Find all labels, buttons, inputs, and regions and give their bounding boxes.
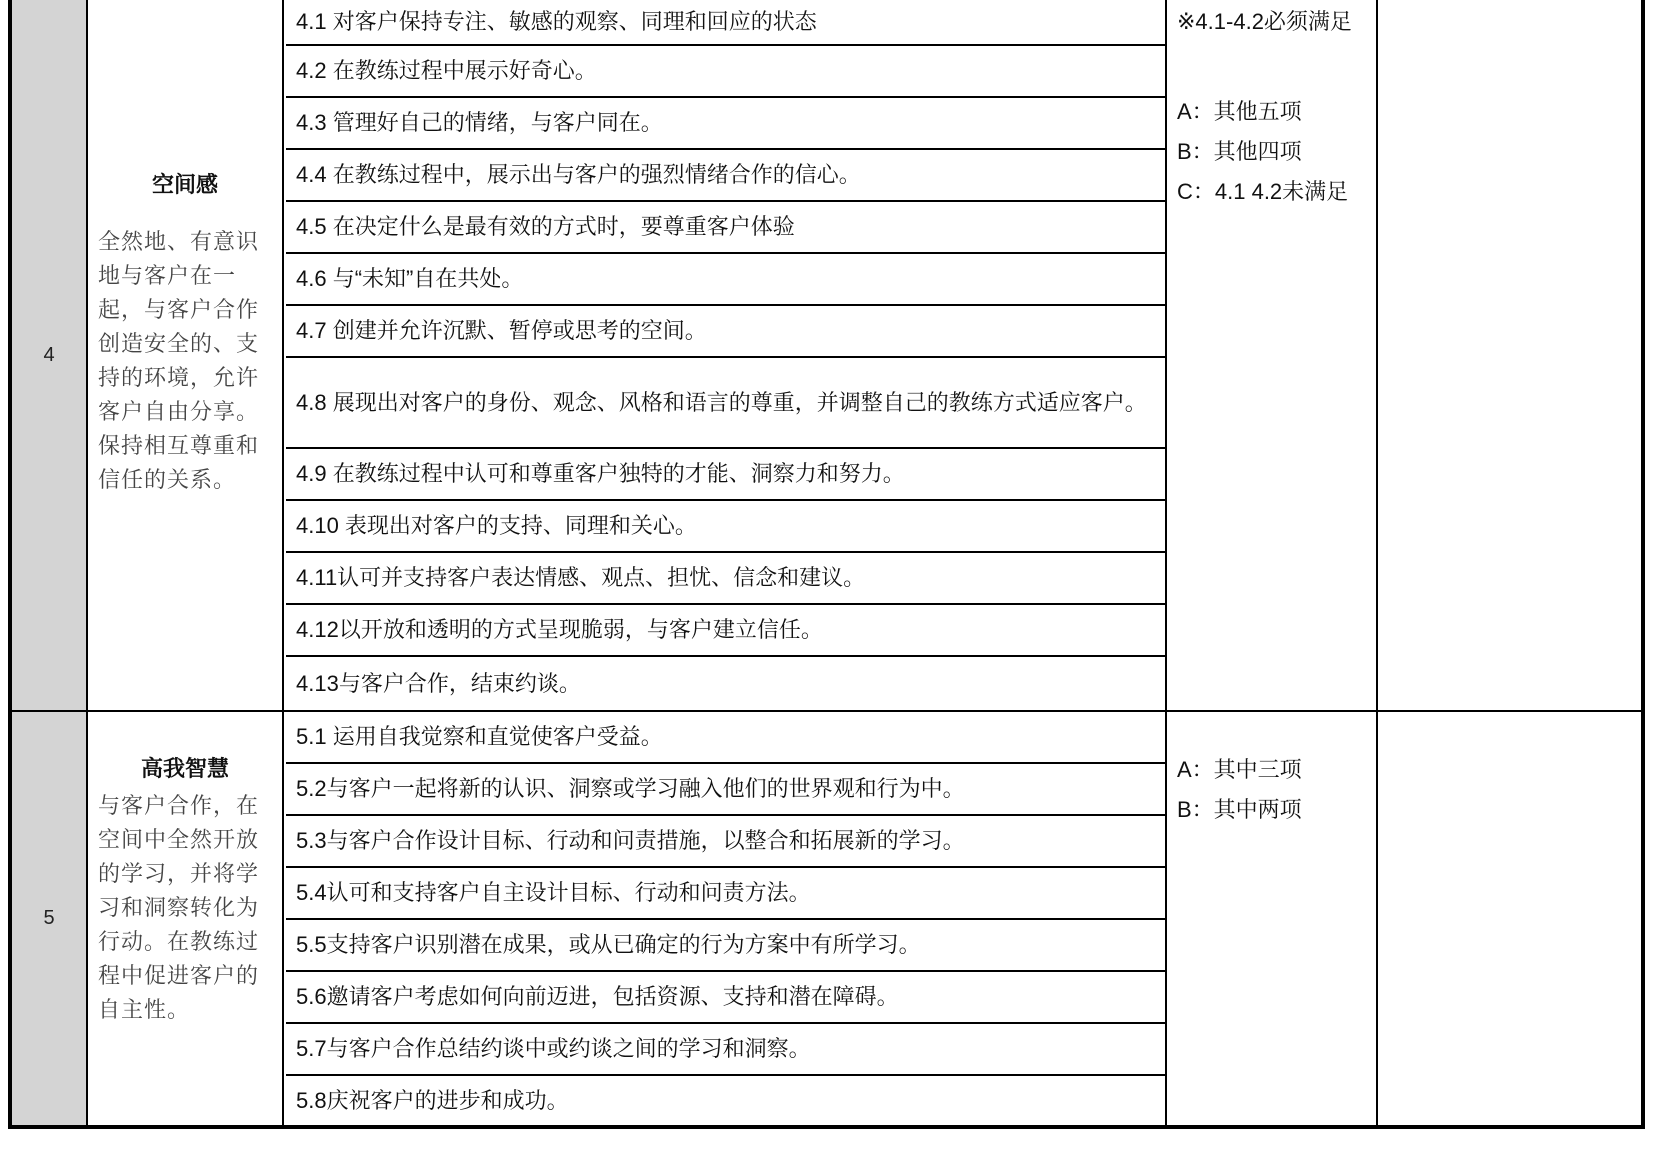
behavior-item: 5.2与客户一起将新的认识、洞察或学习融入他们的世界观和行为中。 <box>286 764 1165 816</box>
behavior-item: 4.10 表现出对客户的支持、同理和关心。 <box>286 501 1165 553</box>
grade-b: B：其中两项 <box>1177 790 1302 830</box>
competency-description: 与客户合作，在空间中全然开放的学习，并将学习和洞察转化为行动。在教练过程中促进客… <box>98 789 272 1027</box>
scoring-notes: A：其中三项 B：其中两项 <box>1167 712 1378 1125</box>
competency-row-5: 5 高我智慧 与客户合作，在空间中全然开放的学习，并将学习和洞察转化为行动。在教… <box>12 710 1641 1125</box>
grade-b: B：其他四项 <box>1177 132 1348 172</box>
behavior-item: 4.3 管理好自己的情绪，与客户同在。 <box>286 98 1165 150</box>
behavior-item: 5.7与客户合作总结约谈中或约谈之间的学习和洞察。 <box>286 1024 1165 1076</box>
behavior-item: 5.8庆祝客户的进步和成功。 <box>286 1076 1165 1125</box>
behavior-item: 5.1 运用自我觉察和直觉使客户受益。 <box>286 712 1165 764</box>
scoring-notes: ※4.1-4.2必须满足 A：其他五项 B：其他四项 C：4.1 4.2未满足 <box>1167 0 1378 710</box>
grade-a: A：其中三项 <box>1177 750 1302 790</box>
behavior-item: 4.9 在教练过程中认可和尊重客户独特的才能、洞察力和努力。 <box>286 449 1165 501</box>
competency-description: 全然地、有意识地与客户在一起，与客户合作创造安全的、支持的环境，允许客户自由分享… <box>98 225 272 497</box>
empty-score-cell <box>1380 0 1641 710</box>
grade-a: A：其他五项 <box>1177 92 1348 132</box>
behavior-item: 5.4认可和支持客户自主设计目标、行动和问责方法。 <box>286 868 1165 920</box>
competency-title-cell: 空间感 全然地、有意识地与客户在一起，与客户合作创造安全的、支持的环境，允许客户… <box>88 0 284 710</box>
required-note: ※4.1-4.2必须满足 <box>1177 2 1352 42</box>
competency-number: 5 <box>12 712 88 1125</box>
behavior-item: 4.12以开放和透明的方式呈现脆弱，与客户建立信任。 <box>286 605 1165 657</box>
grade-list: A：其中三项 B：其中两项 <box>1177 750 1302 830</box>
behavior-item: 4.13与客户合作，结束约谈。 <box>286 657 1165 710</box>
behavior-item: 4.11认可并支持客户表达情感、观点、担忧、信念和建议。 <box>286 553 1165 605</box>
competency-number: 4 <box>12 0 88 710</box>
behavior-items-list: 4.1 对客户保持专注、敏感的观察、同理和回应的状态 4.2 在教练过程中展示好… <box>286 0 1167 710</box>
behavior-item: 4.7 创建并允许沉默、暂停或思考的空间。 <box>286 306 1165 358</box>
competency-title: 高我智慧 <box>98 752 272 783</box>
competency-title-cell: 高我智慧 与客户合作，在空间中全然开放的学习，并将学习和洞察转化为行动。在教练过… <box>88 712 284 1125</box>
competency-title: 空间感 <box>98 168 272 199</box>
competency-table: 4 空间感 全然地、有意识地与客户在一起，与客户合作创造安全的、支持的环境，允许… <box>8 0 1645 1129</box>
behavior-item: 4.2 在教练过程中展示好奇心。 <box>286 46 1165 98</box>
grade-c: C：4.1 4.2未满足 <box>1177 172 1348 212</box>
behavior-item: 4.5 在决定什么是最有效的方式时，要尊重客户体验 <box>286 202 1165 254</box>
behavior-item: 4.1 对客户保持专注、敏感的观察、同理和回应的状态 <box>286 0 1165 46</box>
behavior-item: 5.6邀请客户考虑如何向前迈进，包括资源、支持和潜在障碍。 <box>286 972 1165 1024</box>
grade-list: A：其他五项 B：其他四项 C：4.1 4.2未满足 <box>1177 92 1348 212</box>
behavior-item: 5.3与客户合作设计目标、行动和问责措施，以整合和拓展新的学习。 <box>286 816 1165 868</box>
behavior-item: 4.6 与“未知”自在共处。 <box>286 254 1165 306</box>
empty-score-cell <box>1380 712 1641 1125</box>
behavior-item: 4.4 在教练过程中，展示出与客户的强烈情绪合作的信心。 <box>286 150 1165 202</box>
competency-row-4: 4 空间感 全然地、有意识地与客户在一起，与客户合作创造安全的、支持的环境，允许… <box>12 0 1641 710</box>
behavior-item: 5.5支持客户识别潜在成果，或从已确定的行为方案中有所学习。 <box>286 920 1165 972</box>
behavior-items-list: 5.1 运用自我觉察和直觉使客户受益。 5.2与客户一起将新的认识、洞察或学习融… <box>286 712 1167 1125</box>
behavior-item: 4.8 展现出对客户的身份、观念、风格和语言的尊重，并调整自己的教练方式适应客户… <box>286 358 1165 449</box>
